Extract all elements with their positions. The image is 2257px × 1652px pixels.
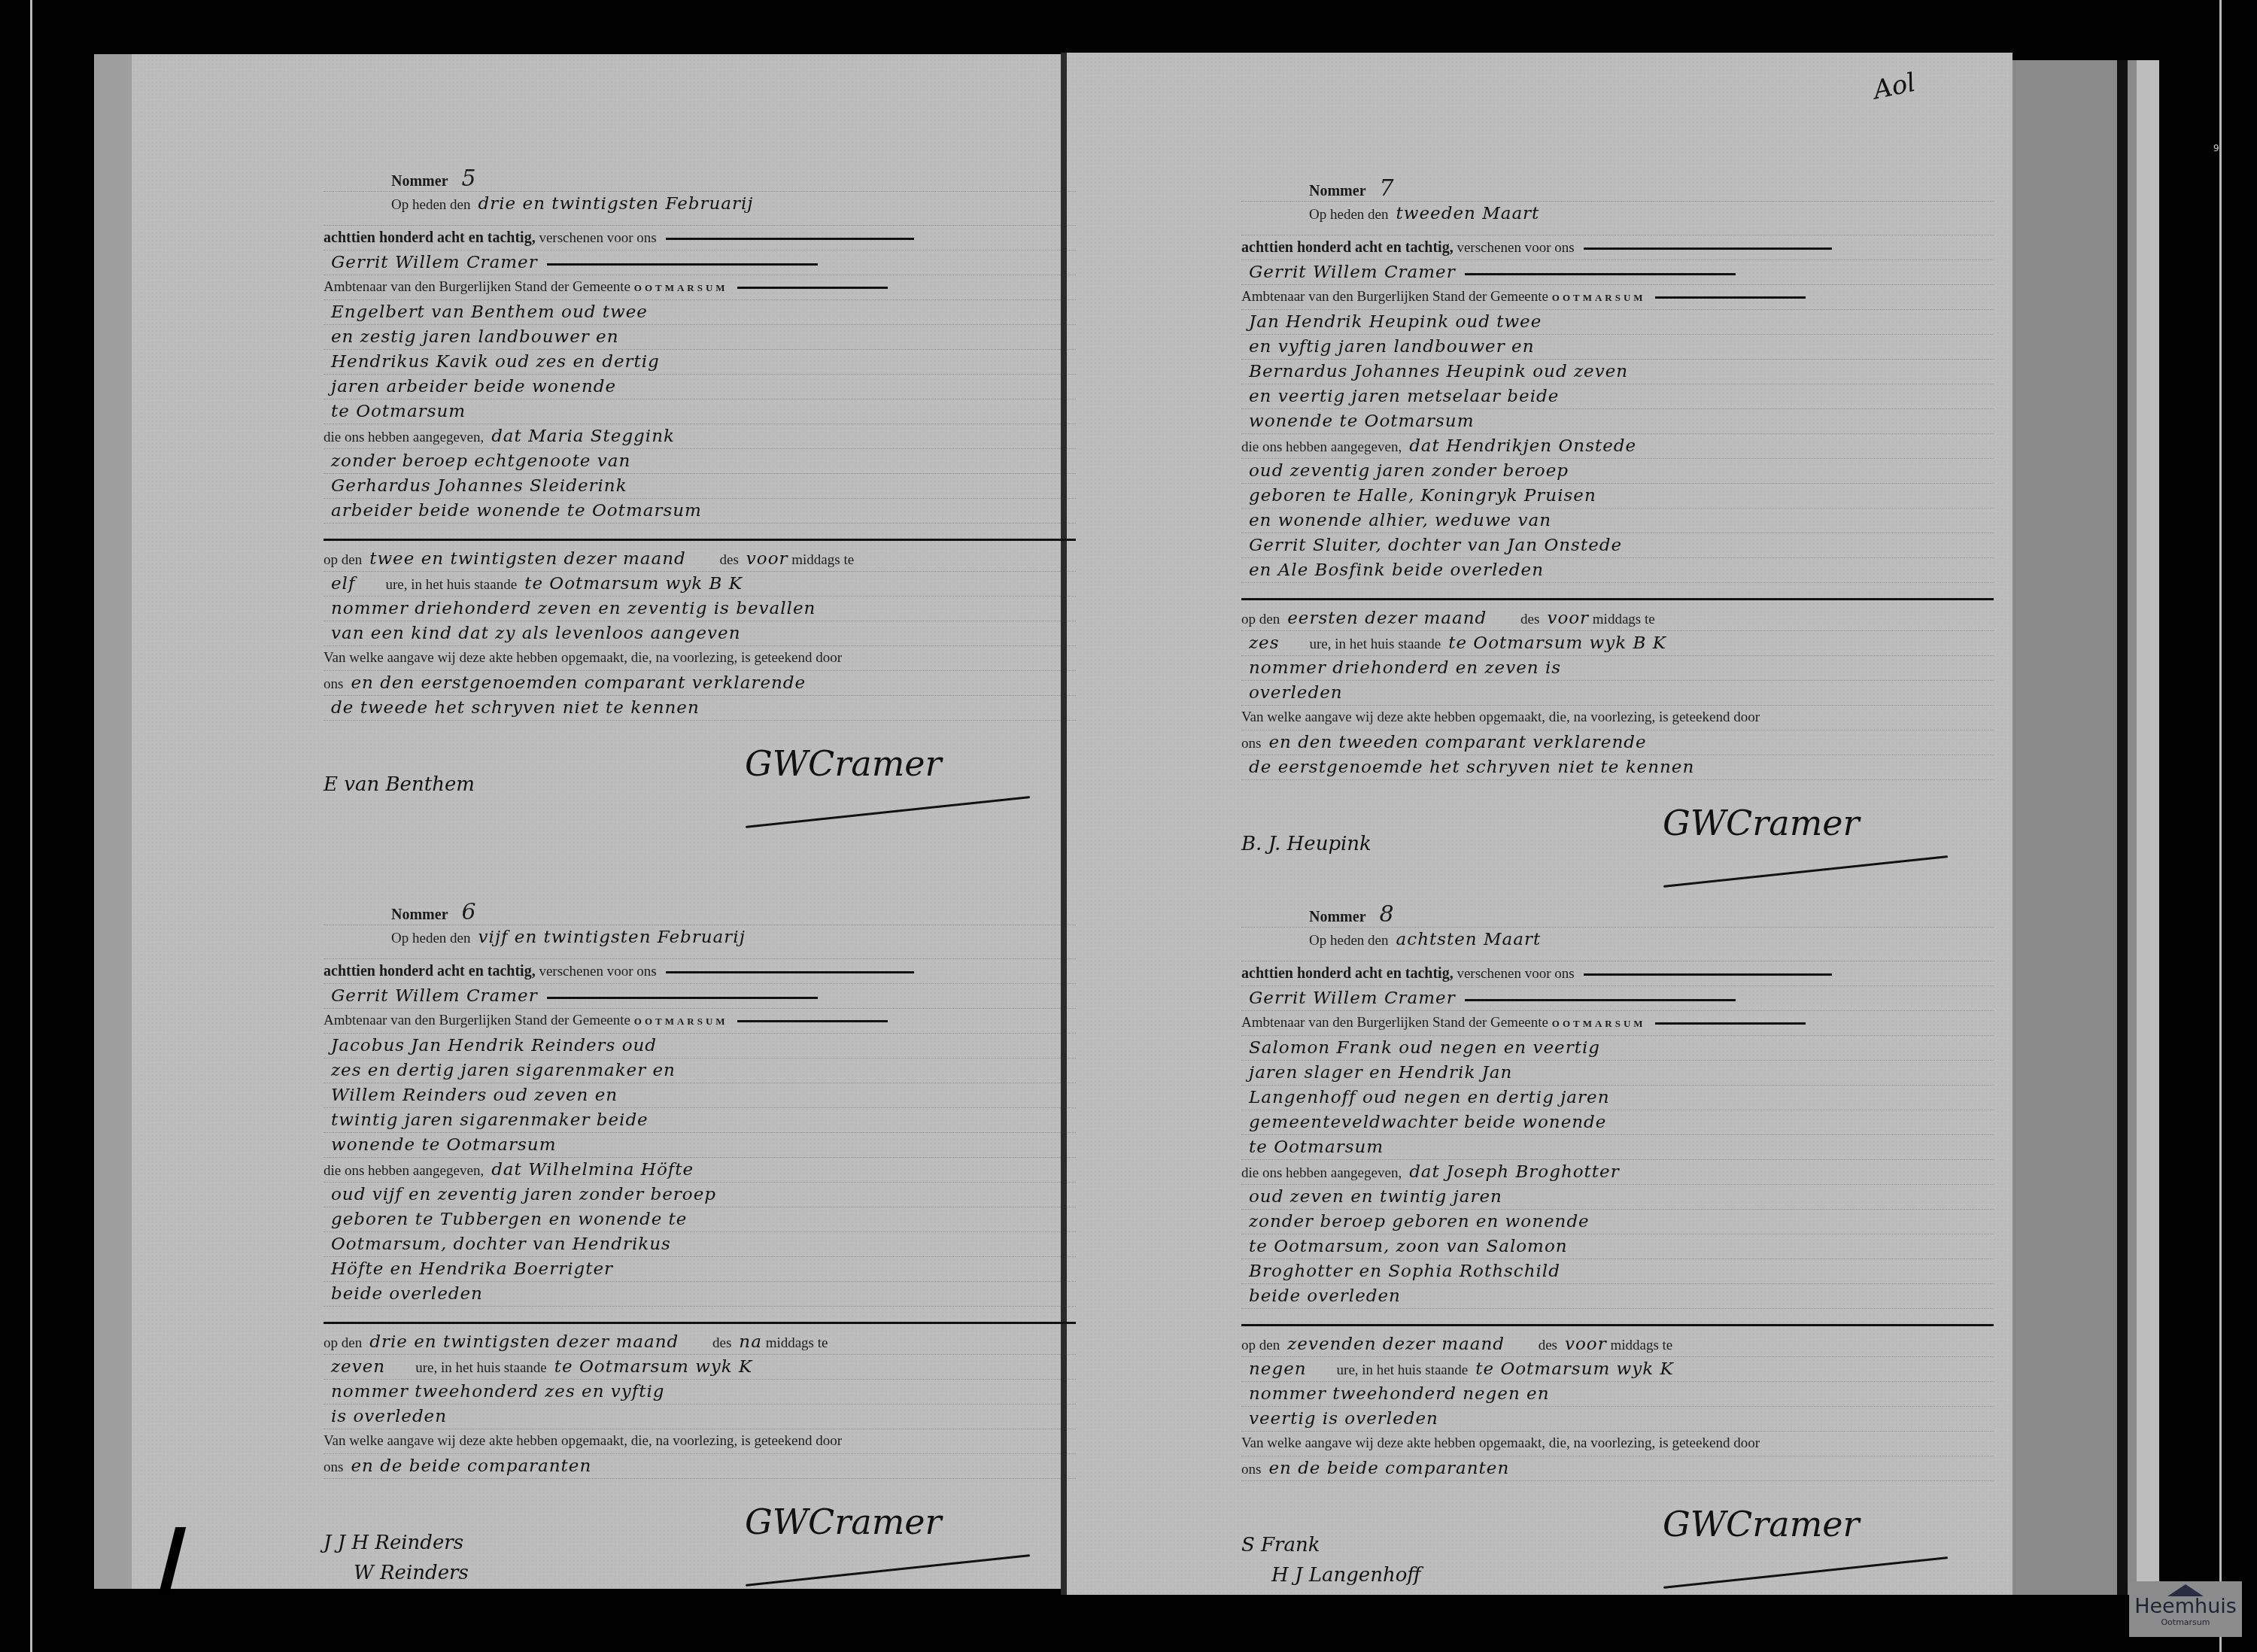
van-welke-line: Van welke aangave wij deze akte hebben o…	[1241, 706, 1994, 730]
ure-label: ure, in het huis staande	[1310, 636, 1441, 652]
death-hour: zes	[1249, 633, 1280, 653]
hour-line: zesure, in het huis staandete Ootmarsum …	[1241, 631, 1994, 656]
die-ons-label: die ons hebben aangegeven,	[1241, 439, 1402, 455]
statement-text: dat Joseph Broghotter	[1409, 1162, 1620, 1182]
year-text: achttien honderd acht en tachtig,	[324, 963, 536, 979]
declarant-line: zes en dertig jaren sigarenmaker en	[324, 1058, 1076, 1083]
statement-line: die ons hebben aangegeven,dat Wilhelmina…	[324, 1158, 1076, 1183]
declarant-text: Hendrikus Kavik oud zes en dertig	[331, 352, 660, 372]
entry-date: vijf en twintigsten Februarij	[478, 928, 746, 947]
statement-text: te Ootmarsum, zoon van Salomon	[1249, 1237, 1568, 1256]
death-hour: zeven	[331, 1357, 385, 1377]
ons-label: ons	[324, 1459, 343, 1475]
ons-label: ons	[1241, 736, 1261, 752]
signature-area: B. J. HeupinkGWCramer	[1241, 780, 1994, 893]
binding-margin	[94, 54, 132, 1589]
statement-text: zonder beroep echtgenoote van	[331, 451, 630, 471]
statement-line: en Ale Bosfink beide overleden	[1241, 558, 1994, 583]
signature: GWCramer	[1663, 1504, 1859, 1544]
declarant-line: Bernardus Johannes Heupink oud zeven	[1241, 360, 1994, 384]
signature-area: E van BenthemGWCramer	[324, 721, 1076, 834]
statement-text: Gerhardus Johannes Sleiderink	[331, 476, 627, 496]
fill-rule	[547, 997, 818, 999]
fill-rule	[1465, 273, 1736, 275]
verschenen-label: verschenen voor ons	[539, 964, 656, 979]
official-name: Gerrit Willem Cramer	[331, 253, 538, 272]
statement-text: oud vijf en zeventig jaren zonder beroep	[331, 1185, 716, 1204]
signed-by-text: de eerstgenoemde het schryven niet te ke…	[1249, 758, 1694, 777]
signature: S Frank	[1241, 1534, 1320, 1556]
house-text: overleden	[1249, 683, 1343, 703]
des-label: des	[1539, 1338, 1557, 1353]
statement-line: Gerrit Sluiter, dochter van Jan Onstede	[1241, 533, 1994, 558]
declarant-text: Salomon Frank oud negen en veertig	[1249, 1038, 1600, 1058]
fill-rule	[1655, 296, 1806, 299]
municipality: OOTMARSUM	[634, 1016, 728, 1027]
statement-text: dat Hendrikjen Onstede	[1409, 436, 1636, 456]
nommer-label: Nommer	[391, 173, 448, 190]
op-heden-label: Op heden den	[1309, 933, 1389, 949]
voor-na: na	[739, 1332, 762, 1352]
fill-rule	[1465, 999, 1736, 1001]
op-den-line: op denzevenden dezer maand desvoor midda…	[1241, 1332, 1994, 1357]
declarant-line: Langenhoff oud negen en dertig jaren	[1241, 1086, 1994, 1110]
house-location: te Ootmarsum wyk B K	[524, 574, 743, 594]
statement-text: dat Maria Steggink	[491, 427, 675, 446]
declarant-line: jaren slager en Hendrik Jan	[1241, 1061, 1994, 1086]
middags-label: middags te	[766, 1335, 828, 1351]
op-den-label: op den	[1241, 612, 1280, 627]
van-welke-label: Van welke aangave wij deze akte hebben o…	[1241, 1435, 1760, 1451]
house-line: nommer tweehonderd negen en	[1241, 1382, 1994, 1407]
declarant-line: en vyftig jaren landbouwer en	[1241, 335, 1994, 360]
section-separator	[324, 1322, 1076, 1324]
signed-by-line: onsen de beide comparanten	[1241, 1456, 1994, 1481]
ambtenaar-label: Ambtenaar van den Burgerlijken Stand der…	[1241, 1015, 1548, 1031]
des-label: des	[1520, 612, 1539, 627]
official-line: Gerrit Willem Cramer	[324, 251, 1076, 275]
declarant-line: te Ootmarsum	[324, 399, 1076, 424]
statement-text: geboren te Halle, Koningryk Pruisen	[1249, 486, 1596, 506]
statement-text: en Ale Bosfink beide overleden	[1249, 560, 1544, 580]
statement-line: Gerhardus Johannes Sleiderink	[324, 474, 1076, 499]
van-welke-line: Van welke aangave wij deze akte hebben o…	[324, 1429, 1076, 1454]
signed-by-line: onsen de beide comparanten	[324, 1454, 1076, 1479]
declarant-text: wonende te Ootmarsum	[1249, 411, 1474, 431]
ambtenaar-line: Ambtenaar van den Burgerlijken Stand der…	[324, 1009, 1076, 1034]
declarant-text: en veertig jaren metselaar beide	[1249, 387, 1559, 406]
frame-mark: 9	[2213, 143, 2219, 153]
statement-text: beide overleden	[1249, 1286, 1401, 1306]
heemhuis-watermark: Heemhuis Ootmarsum	[2129, 1581, 2242, 1637]
signature-flourish	[746, 796, 1030, 828]
entry-date: drie en twintigsten Februarij	[478, 194, 754, 214]
house-line: is overleden	[324, 1405, 1076, 1429]
official-line: Gerrit Willem Cramer	[1241, 260, 1994, 285]
statement-line: oud zeven en twintig jaren	[1241, 1185, 1994, 1210]
entry-number: 8	[1380, 901, 1394, 928]
official-name: Gerrit Willem Cramer	[331, 986, 538, 1006]
nommer-label: Nommer	[1309, 183, 1366, 199]
op-den-label: op den	[324, 552, 362, 568]
van-welke-line: Van welke aangave wij deze akte hebben o…	[324, 646, 1076, 671]
death-date: zevenden dezer maand	[1287, 1335, 1505, 1354]
record-entry-8: Nommer8Op heden denachtsten Maartachttie…	[1241, 903, 1994, 1594]
ambtenaar-line: Ambtenaar van den Burgerlijken Stand der…	[1241, 1011, 1994, 1036]
year-line: achttien honderd acht en tachtig, versch…	[324, 959, 1076, 984]
declarant-text: jaren slager en Hendrik Jan	[1249, 1063, 1512, 1083]
back-cover-strip	[2012, 60, 2137, 1595]
statement-line: beide overleden	[324, 1282, 1076, 1307]
statement-line: oud vijf en zeventig jaren zonder beroep	[324, 1183, 1076, 1207]
death-date: eersten dezer maand	[1287, 609, 1487, 628]
hour-line: zevenure, in het huis staandete Ootmarsu…	[324, 1355, 1076, 1380]
van-welke-label: Van welke aangave wij deze akte hebben o…	[1241, 709, 1760, 725]
van-welke-label: Van welke aangave wij deze akte hebben o…	[324, 1433, 842, 1449]
verschenen-label: verschenen voor ons	[1457, 966, 1574, 982]
statement-line: geboren te Halle, Koningryk Pruisen	[1241, 484, 1994, 509]
van-welke-label: Van welke aangave wij deze akte hebben o…	[324, 650, 842, 666]
signed-by-text: en den tweeden comparant verklarende	[1268, 733, 1646, 752]
fill-rule	[1584, 247, 1832, 250]
house-location: te Ootmarsum wyk K	[554, 1357, 752, 1377]
statement-line: die ons hebben aangegeven,dat Maria Steg…	[324, 424, 1076, 449]
watermark-place: Ootmarsum	[2129, 1617, 2242, 1627]
house-line: overleden	[1241, 681, 1994, 706]
death-hour: elf	[331, 574, 355, 594]
verschenen-label: verschenen voor ons	[1457, 240, 1574, 256]
voor-na: voor	[1547, 609, 1589, 628]
statement-text: Ootmarsum, dochter van Hendrikus	[331, 1234, 671, 1254]
entry-date: achtsten Maart	[1396, 930, 1542, 949]
declarant-text: te Ootmarsum	[331, 402, 466, 421]
year-text: achttien honderd acht en tachtig,	[324, 229, 536, 246]
signed-by-text: de tweede het schryven niet te kennen	[331, 698, 700, 718]
declarant-line: te Ootmarsum	[1241, 1135, 1994, 1160]
signed-by-text: en den eerstgenoemden comparant verklare…	[351, 673, 806, 693]
ambtenaar-line: Ambtenaar van den Burgerlijken Stand der…	[324, 275, 1076, 300]
entry-number: 7	[1380, 175, 1394, 202]
declarant-line: jaren arbeider beide wonende	[324, 375, 1076, 399]
des-label: des	[719, 552, 738, 568]
house-line: nommer tweehonderd zes en vyftig	[324, 1380, 1076, 1405]
year-text: achttien honderd acht en tachtig,	[1241, 965, 1454, 982]
die-ons-label: die ons hebben aangegeven,	[324, 1163, 484, 1179]
signature-flourish	[1663, 855, 1948, 888]
declarant-text: wonende te Ootmarsum	[331, 1135, 556, 1155]
house-line: nommer driehonderd en zeven is	[1241, 656, 1994, 681]
house-line: veertig is overleden	[1241, 1407, 1994, 1432]
declarant-line: wonende te Ootmarsum	[324, 1133, 1076, 1158]
house-text: is overleden	[331, 1407, 447, 1426]
cover-tab	[2137, 60, 2159, 1595]
house-text: nommer tweehonderd zes en vyftig	[331, 1382, 665, 1401]
statement-text: Höfte en Hendrika Boerrigter	[331, 1259, 613, 1279]
fill-rule	[666, 238, 914, 240]
ure-label: ure, in het huis staande	[1337, 1362, 1469, 1378]
signed-by-text: en de beide comparanten	[1268, 1459, 1509, 1478]
section-separator	[1241, 1324, 1994, 1326]
nommer-line: Nommer6	[324, 900, 1076, 925]
op-heden-label: Op heden den	[1309, 207, 1389, 223]
official-line: Gerrit Willem Cramer	[324, 984, 1076, 1009]
film-edge-right	[2219, 0, 2222, 1652]
signature: GWCramer	[1663, 803, 1859, 843]
date-line: Op heden denvijf en twintigsten Februari…	[324, 925, 1076, 959]
house-roof-icon	[2167, 1584, 2204, 1596]
signed-by-text: en de beide comparanten	[351, 1456, 591, 1476]
declarant-line: Hendrikus Kavik oud zes en dertig	[324, 350, 1076, 375]
declarant-line: Jan Hendrik Heupink oud twee	[1241, 310, 1994, 335]
op-heden-label: Op heden den	[391, 197, 471, 213]
official-line: Gerrit Willem Cramer	[1241, 986, 1994, 1011]
die-ons-label: die ons hebben aangegeven,	[1241, 1165, 1402, 1181]
van-welke-line: Van welke aangave wij deze akte hebben o…	[1241, 1432, 1994, 1456]
section-separator	[1241, 598, 1994, 600]
official-name: Gerrit Willem Cramer	[1249, 988, 1456, 1008]
signature: GWCramer	[745, 743, 941, 784]
municipality: OOTMARSUM	[1552, 292, 1646, 303]
ambtenaar-label: Ambtenaar van den Burgerlijken Stand der…	[324, 279, 630, 295]
op-den-label: op den	[324, 1335, 362, 1351]
op-heden-label: Op heden den	[391, 931, 471, 946]
record-entry-5: Nommer5Op heden dendrie en twintigsten F…	[324, 167, 1076, 834]
middags-label: middags te	[791, 552, 854, 568]
municipality: OOTMARSUM	[634, 282, 728, 293]
verschenen-label: verschenen voor ons	[539, 230, 656, 246]
nommer-line: Nommer8	[1241, 903, 1994, 928]
op-den-line: op dendrie en twintigsten dezer maand de…	[324, 1330, 1076, 1355]
declarant-text: en vyftig jaren landbouwer en	[1249, 337, 1534, 357]
entry-date: tweeden Maart	[1396, 204, 1540, 223]
declarant-line: Jacobus Jan Hendrik Reinders oud	[324, 1034, 1076, 1058]
year-text: achttien honderd acht en tachtig,	[1241, 239, 1454, 256]
watermark-name: Heemhuis	[2129, 1596, 2242, 1617]
fill-rule	[1584, 973, 1832, 976]
signature: E van Benthem	[324, 773, 475, 796]
declarant-line: Willem Reinders oud zeven en	[324, 1083, 1076, 1108]
year-line: achttien honderd acht en tachtig, versch…	[324, 226, 1076, 251]
declarant-text: te Ootmarsum	[1249, 1137, 1384, 1157]
house-text: nommer driehonderd en zeven is	[1249, 658, 1561, 678]
declarant-line: en veertig jaren metselaar beide	[1241, 384, 1994, 409]
ons-label: ons	[324, 676, 343, 692]
fill-rule	[737, 287, 888, 289]
cover-edge	[2117, 60, 2128, 1595]
op-den-line: op deneersten dezer maand desvoor middag…	[1241, 606, 1994, 631]
statement-text: oud zeventig jaren zonder beroep	[1249, 461, 1569, 481]
house-text: nommer tweehonderd negen en	[1249, 1384, 1550, 1404]
house-line: van een kind dat zy als levenloos aangev…	[324, 621, 1076, 646]
record-entry-6: Nommer6Op heden denvijf en twintigsten F…	[324, 900, 1076, 1592]
declarant-text: zes en dertig jaren sigarenmaker en	[331, 1061, 676, 1080]
signature-area: J J H ReindersW ReindersGWCramer	[324, 1479, 1076, 1592]
statement-line: Höfte en Hendrika Boerrigter	[324, 1257, 1076, 1282]
hour-line: negenure, in het huis staandete Ootmarsu…	[1241, 1357, 1994, 1382]
declarant-line: en zestig jaren landbouwer en	[324, 325, 1076, 350]
fill-rule	[666, 971, 914, 973]
statement-line: te Ootmarsum, zoon van Salomon	[1241, 1234, 1994, 1259]
voor-na: voor	[1565, 1335, 1607, 1354]
signature: B. J. Heupink	[1241, 833, 1372, 855]
signature: J J H Reinders	[324, 1532, 463, 1554]
death-hour: negen	[1249, 1359, 1307, 1379]
entry-number: 6	[462, 899, 476, 925]
film-edge-left	[30, 0, 32, 1652]
statement-line: zonder beroep geboren en wonende	[1241, 1210, 1994, 1234]
middags-label: middags te	[1593, 612, 1655, 627]
statement-line: oud zeventig jaren zonder beroep	[1241, 459, 1994, 484]
year-line: achttien honderd acht en tachtig, versch…	[1241, 961, 1994, 986]
fill-rule	[1655, 1022, 1806, 1025]
declarant-text: Langenhoff oud negen en dertig jaren	[1249, 1088, 1609, 1107]
signed-by-line: onsen den tweeden comparant verklarende	[1241, 730, 1994, 755]
date-line: Op heden denachtsten Maart	[1241, 928, 1994, 961]
signed-by-line: onsen den eerstgenoemden comparant verkl…	[324, 671, 1076, 696]
nommer-label: Nommer	[1309, 909, 1366, 925]
declarant-line: Salomon Frank oud negen en veertig	[1241, 1036, 1994, 1061]
declarant-text: en zestig jaren landbouwer en	[331, 327, 619, 347]
house-line: nommer driehonderd zeven en zeventig is …	[324, 597, 1076, 621]
statement-text: arbeider beide wonende te Ootmarsum	[331, 501, 702, 521]
death-date: drie en twintigsten dezer maand	[369, 1332, 679, 1352]
declarant-text: gemeenteveldwachter beide wonende	[1249, 1113, 1606, 1132]
declarant-line: gemeenteveldwachter beide wonende	[1241, 1110, 1994, 1135]
fill-rule	[547, 263, 818, 266]
record-entry-7: Nommer7Op heden dentweeden Maartachttien…	[1241, 177, 1994, 893]
signature: W Reinders	[354, 1562, 469, 1584]
statement-text: beide overleden	[331, 1284, 483, 1304]
op-den-label: op den	[1241, 1338, 1280, 1353]
house-text: nommer driehonderd zeven en zeventig is …	[331, 599, 816, 618]
statement-line: Broghotter en Sophia Rothschild	[1241, 1259, 1994, 1284]
date-line: Op heden dendrie en twintigsten Februari…	[324, 192, 1076, 226]
house-text: veertig is overleden	[1249, 1409, 1438, 1429]
statement-line: die ons hebben aangegeven,dat Hendrikjen…	[1241, 434, 1994, 459]
nommer-line: Nommer5	[324, 167, 1076, 192]
signed-by-line: de tweede het schryven niet te kennen	[324, 696, 1076, 721]
municipality: OOTMARSUM	[1552, 1018, 1646, 1029]
declarant-text: twintig jaren sigarenmaker beide	[331, 1110, 649, 1130]
statement-line: Ootmarsum, dochter van Hendrikus	[324, 1232, 1076, 1257]
signature: H J Langenhoff	[1271, 1564, 1421, 1587]
section-separator	[324, 539, 1076, 541]
voor-na: voor	[746, 549, 788, 569]
ambtenaar-label: Ambtenaar van den Burgerlijken Stand der…	[1241, 289, 1548, 305]
ons-label: ons	[1241, 1462, 1261, 1477]
house-location: te Ootmarsum wyk B K	[1448, 633, 1666, 653]
nommer-line: Nommer7	[1241, 177, 1994, 202]
statement-line: zonder beroep echtgenoote van	[324, 449, 1076, 474]
statement-line: beide overleden	[1241, 1284, 1994, 1309]
declarant-text: Engelbert van Benthem oud twee	[331, 302, 648, 322]
declarant-text: jaren arbeider beide wonende	[331, 377, 616, 396]
ambtenaar-label: Ambtenaar van den Burgerlijken Stand der…	[324, 1013, 630, 1028]
declarant-line: wonende te Ootmarsum	[1241, 409, 1994, 434]
statement-text: en wonende alhier, weduwe van	[1249, 511, 1551, 530]
house-text: van een kind dat zy als levenloos aangev…	[331, 624, 740, 643]
ure-label: ure, in het huis staande	[415, 1360, 547, 1376]
statement-text: oud zeven en twintig jaren	[1249, 1187, 1502, 1207]
die-ons-label: die ons hebben aangegeven,	[324, 430, 484, 445]
declarant-text: Bernardus Johannes Heupink oud zeven	[1249, 362, 1628, 381]
statement-text: dat Wilhelmina Höfte	[491, 1160, 694, 1180]
statement-text: geboren te Tubbergen en wonende te	[331, 1210, 687, 1229]
ure-label: ure, in het huis staande	[385, 577, 517, 593]
hour-line: elfure, in het huis staandete Ootmarsum …	[324, 572, 1076, 597]
signature-area: S FrankH J LangenhoffGWCramer	[1241, 1481, 1994, 1594]
statement-line: geboren te Tubbergen en wonende te	[324, 1207, 1076, 1232]
middags-label: middags te	[1610, 1338, 1672, 1353]
signature-flourish	[1663, 1556, 1948, 1589]
signature: GWCramer	[745, 1502, 941, 1542]
statement-text: zonder beroep geboren en wonende	[1249, 1212, 1590, 1231]
ambtenaar-line: Ambtenaar van den Burgerlijken Stand der…	[1241, 285, 1994, 310]
entry-number: 5	[462, 166, 476, 192]
house-location: te Ootmarsum wyk K	[1475, 1359, 1673, 1379]
official-name: Gerrit Willem Cramer	[1249, 263, 1456, 282]
year-line: achttien honderd acht en tachtig, versch…	[1241, 235, 1994, 260]
statement-text: Broghotter en Sophia Rothschild	[1249, 1262, 1560, 1281]
death-date: twee en twintigsten dezer maand	[369, 549, 686, 569]
signed-by-line: de eerstgenoemde het schryven niet te ke…	[1241, 755, 1994, 780]
declarant-line: twintig jaren sigarenmaker beide	[324, 1108, 1076, 1133]
signature-flourish	[746, 1554, 1030, 1587]
declarant-line: Engelbert van Benthem oud twee	[324, 300, 1076, 325]
date-line: Op heden dentweeden Maart	[1241, 202, 1994, 235]
fill-rule	[737, 1020, 888, 1022]
declarant-text: Jacobus Jan Hendrik Reinders oud	[331, 1036, 657, 1055]
statement-line: en wonende alhier, weduwe van	[1241, 509, 1994, 533]
statement-text: Gerrit Sluiter, dochter van Jan Onstede	[1249, 536, 1622, 555]
statement-line: arbeider beide wonende te Ootmarsum	[324, 499, 1076, 524]
op-den-line: op dentwee en twintigsten dezer maand de…	[324, 547, 1076, 572]
nommer-label: Nommer	[391, 906, 448, 923]
des-label: des	[712, 1335, 731, 1351]
declarant-text: Jan Hendrik Heupink oud twee	[1249, 312, 1542, 332]
statement-line: die ons hebben aangegeven,dat Joseph Bro…	[1241, 1160, 1994, 1185]
declarant-text: Willem Reinders oud zeven en	[331, 1086, 618, 1105]
